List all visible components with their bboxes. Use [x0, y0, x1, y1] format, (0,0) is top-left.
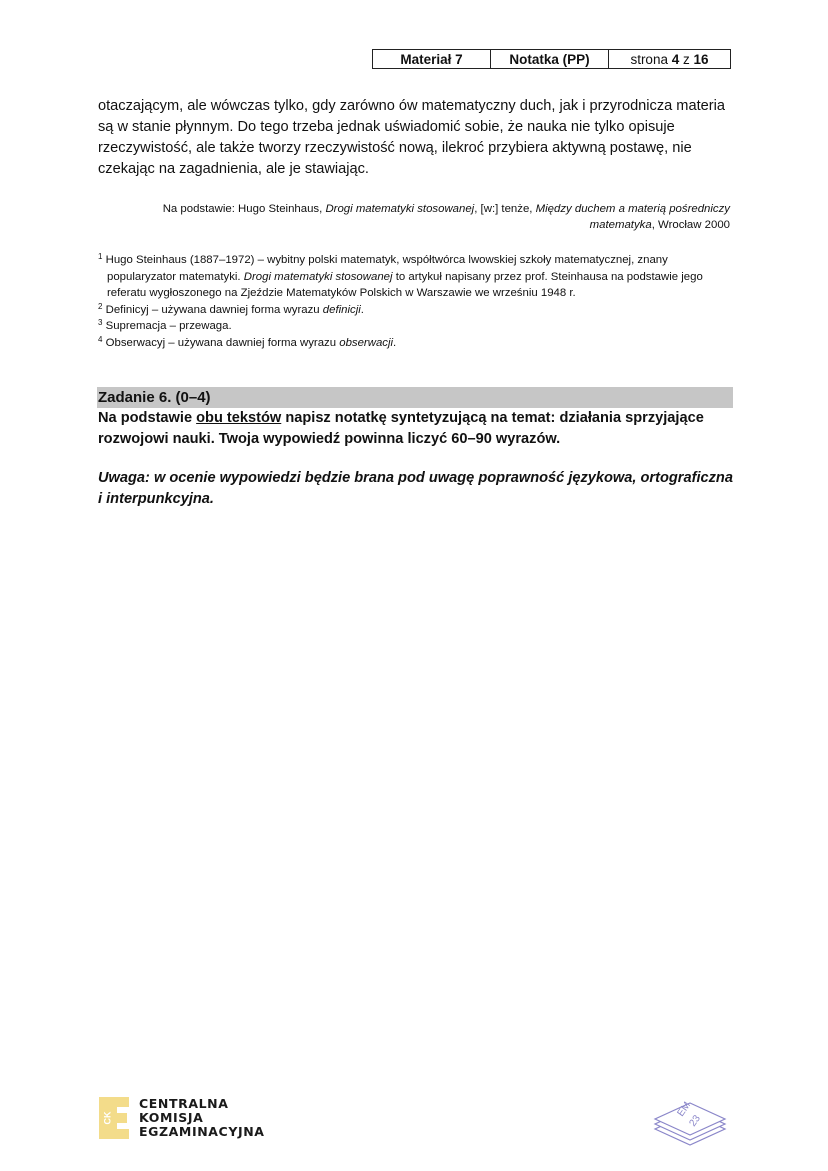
page-total: 16 [694, 52, 709, 67]
source-citation: Na podstawie: Hugo Steinhaus, Drogi mate… [98, 201, 730, 233]
task-instruction: Na podstawie obu tekstów napisz notatkę … [98, 408, 738, 450]
footnote-text: Definicyj – używana dawniej forma wyrazu [106, 304, 323, 316]
footnote: 3 Supremacja – przewaga. [98, 318, 738, 335]
footnote-text: Obserwacyj – używana dawniej forma wyraz… [106, 337, 340, 349]
cke-logo-mark-icon: CK [99, 1097, 129, 1139]
source-text-paragraph: otaczającym, ale wówczas tylko, gdy zaró… [98, 96, 738, 180]
footnote-italic: Drogi matematyki stosowanej [244, 271, 393, 283]
footnote: 1 Hugo Steinhaus (1887–1972) – wybitny p… [98, 252, 738, 302]
task-text: Na podstawie [98, 410, 196, 426]
citation-title-1: Drogi matematyki stosowanej [325, 203, 474, 215]
task-emphasis: obu tekstów [196, 410, 281, 426]
footnote-italic: definicji [323, 304, 361, 316]
citation-mid: , [w:] tenże, [474, 203, 535, 215]
cke-line: CENTRALNA [139, 1097, 265, 1111]
svg-text:CK: CK [102, 1111, 112, 1124]
footnote-number: 1 [98, 252, 102, 261]
footnote: 4 Obserwacyj – używana dawniej forma wyr… [98, 335, 738, 352]
footnote-number: 4 [98, 335, 102, 344]
citation-prefix: Na podstawie: Hugo Steinhaus, [163, 203, 326, 215]
task-note: Uwaga: w ocenie wypowiedzi będzie brana … [98, 468, 738, 510]
footnote: 2 Definicyj – używana dawniej forma wyra… [98, 302, 738, 319]
page-sep: z [683, 52, 690, 67]
footnote-number: 3 [98, 318, 102, 327]
material-label: Materiał 7 [373, 50, 491, 68]
footnote-italic: obserwacji [339, 337, 393, 349]
page-current: 4 [672, 52, 680, 67]
page-header-table: Materiał 7 Notatka (PP) strona 4 z 16 [372, 49, 731, 69]
footnotes: 1 Hugo Steinhaus (1887–1972) – wybitny p… [98, 252, 738, 351]
cke-line: KOMISJA [139, 1111, 265, 1125]
cke-line: EGZAMINACYJNA [139, 1125, 265, 1139]
citation-suffix: , Wrocław 2000 [652, 219, 730, 231]
cke-logo: CK CENTRALNA KOMISJA EGZAMINACYJNA [99, 1097, 265, 1139]
em23-logo-icon: EM 23 [650, 1097, 730, 1152]
task-title: Zadanie 6. (0–4) [97, 387, 733, 408]
footnote-text: . [393, 337, 396, 349]
footnote-text: . [361, 304, 364, 316]
cke-logo-text: CENTRALNA KOMISJA EGZAMINACYJNA [139, 1097, 265, 1139]
page-prefix: strona [630, 52, 668, 67]
footnote-text: Supremacja – przewaga. [106, 320, 232, 332]
footnote-number: 2 [98, 302, 102, 311]
note-type-label: Notatka (PP) [491, 50, 609, 68]
page-indicator: strona 4 z 16 [609, 50, 730, 68]
